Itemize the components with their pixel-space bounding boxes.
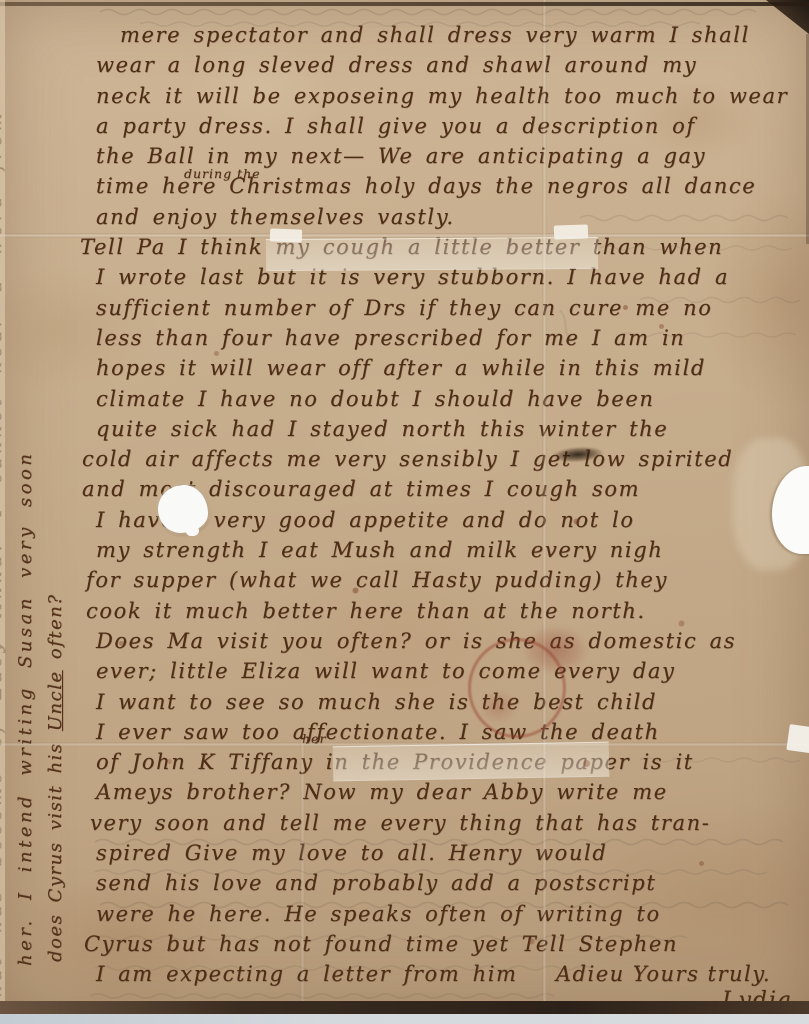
scanner-background-strip [0,1014,809,1024]
tape-chip [270,228,302,242]
tape-repair [266,237,598,271]
interlinear-insertion-during-the: during the [184,166,261,181]
fold-crease-vertical [300,740,305,1024]
letter-line: cold air affects me very sensibly I get … [82,444,803,474]
letter-line: hopes it will wear off after a while in … [96,353,803,383]
tape-repair [333,742,610,782]
letter-line: spired Give my love to all. Henry would [96,838,803,868]
scan-edge-top [0,2,809,6]
scan-edge-bottom-dark [0,1001,809,1014]
fold-crease-vertical [542,0,547,1024]
margin-note-3-underlined-word: Uncle [45,670,66,731]
letter-line: for supper (what we call Hasty pudding) … [86,565,803,595]
tape-chip [554,224,588,239]
letter-line: very soon and tell me every thing that h… [90,808,803,838]
scan-edge-left [0,0,5,1024]
letter-line: quite sick had I stayed north this winte… [96,414,803,444]
margin-note-3: does Cyrus visit his Uncle often? [45,594,66,962]
paper-hole [158,485,208,533]
paper-tear-chip [786,724,809,754]
letter-line: send his love and probably add a postscr… [96,868,803,898]
letter-line: my strength I eat Mush and milk every ni… [96,535,803,565]
margin-note-3-pre: does Cyrus visit his [45,731,66,962]
postal-stamp-smudge [478,690,518,724]
letter-line: were he here. He speaks often of writing… [96,899,803,929]
letter-line: a party dress. I shall give you a descri… [96,111,803,141]
margin-note-2: her. I intend writing Susan very soon [15,451,36,966]
letter-sheet: mere spectator and shall dress very warm… [0,0,809,1024]
letter-line: neck it will be exposeing my health too … [96,81,803,111]
letter-line: wear a long sleved dress and shawl aroun… [96,50,803,80]
margin-note-3-post: often? [45,594,66,671]
letter-line: climate I have no doubt I should have be… [96,384,803,414]
letter-line: Does Ma visit you often? or is she as do… [96,626,803,656]
letter-line: I want to see so much she is the best ch… [96,687,803,717]
letter-line: ever; little Eliza will want to come eve… [96,656,803,686]
letter-line: sufficient number of Drs if they can cur… [96,293,803,323]
letter-line: mere spectator and shall dress very warm… [96,20,803,50]
letter-line: Cyrus but has not found time yet Tell St… [84,929,803,959]
letter-line: and enjoy themselves vastly. [96,202,803,232]
letter-line: less than four have prescribed for me I … [96,323,803,353]
letter-line: Ameys brother? Now my dear Abby write me [96,777,803,807]
letter-line: cook it much better here than at the nor… [86,596,803,626]
closing-line: Adieu Yours truly. [556,962,771,986]
postal-stamp-smudge [522,626,588,674]
